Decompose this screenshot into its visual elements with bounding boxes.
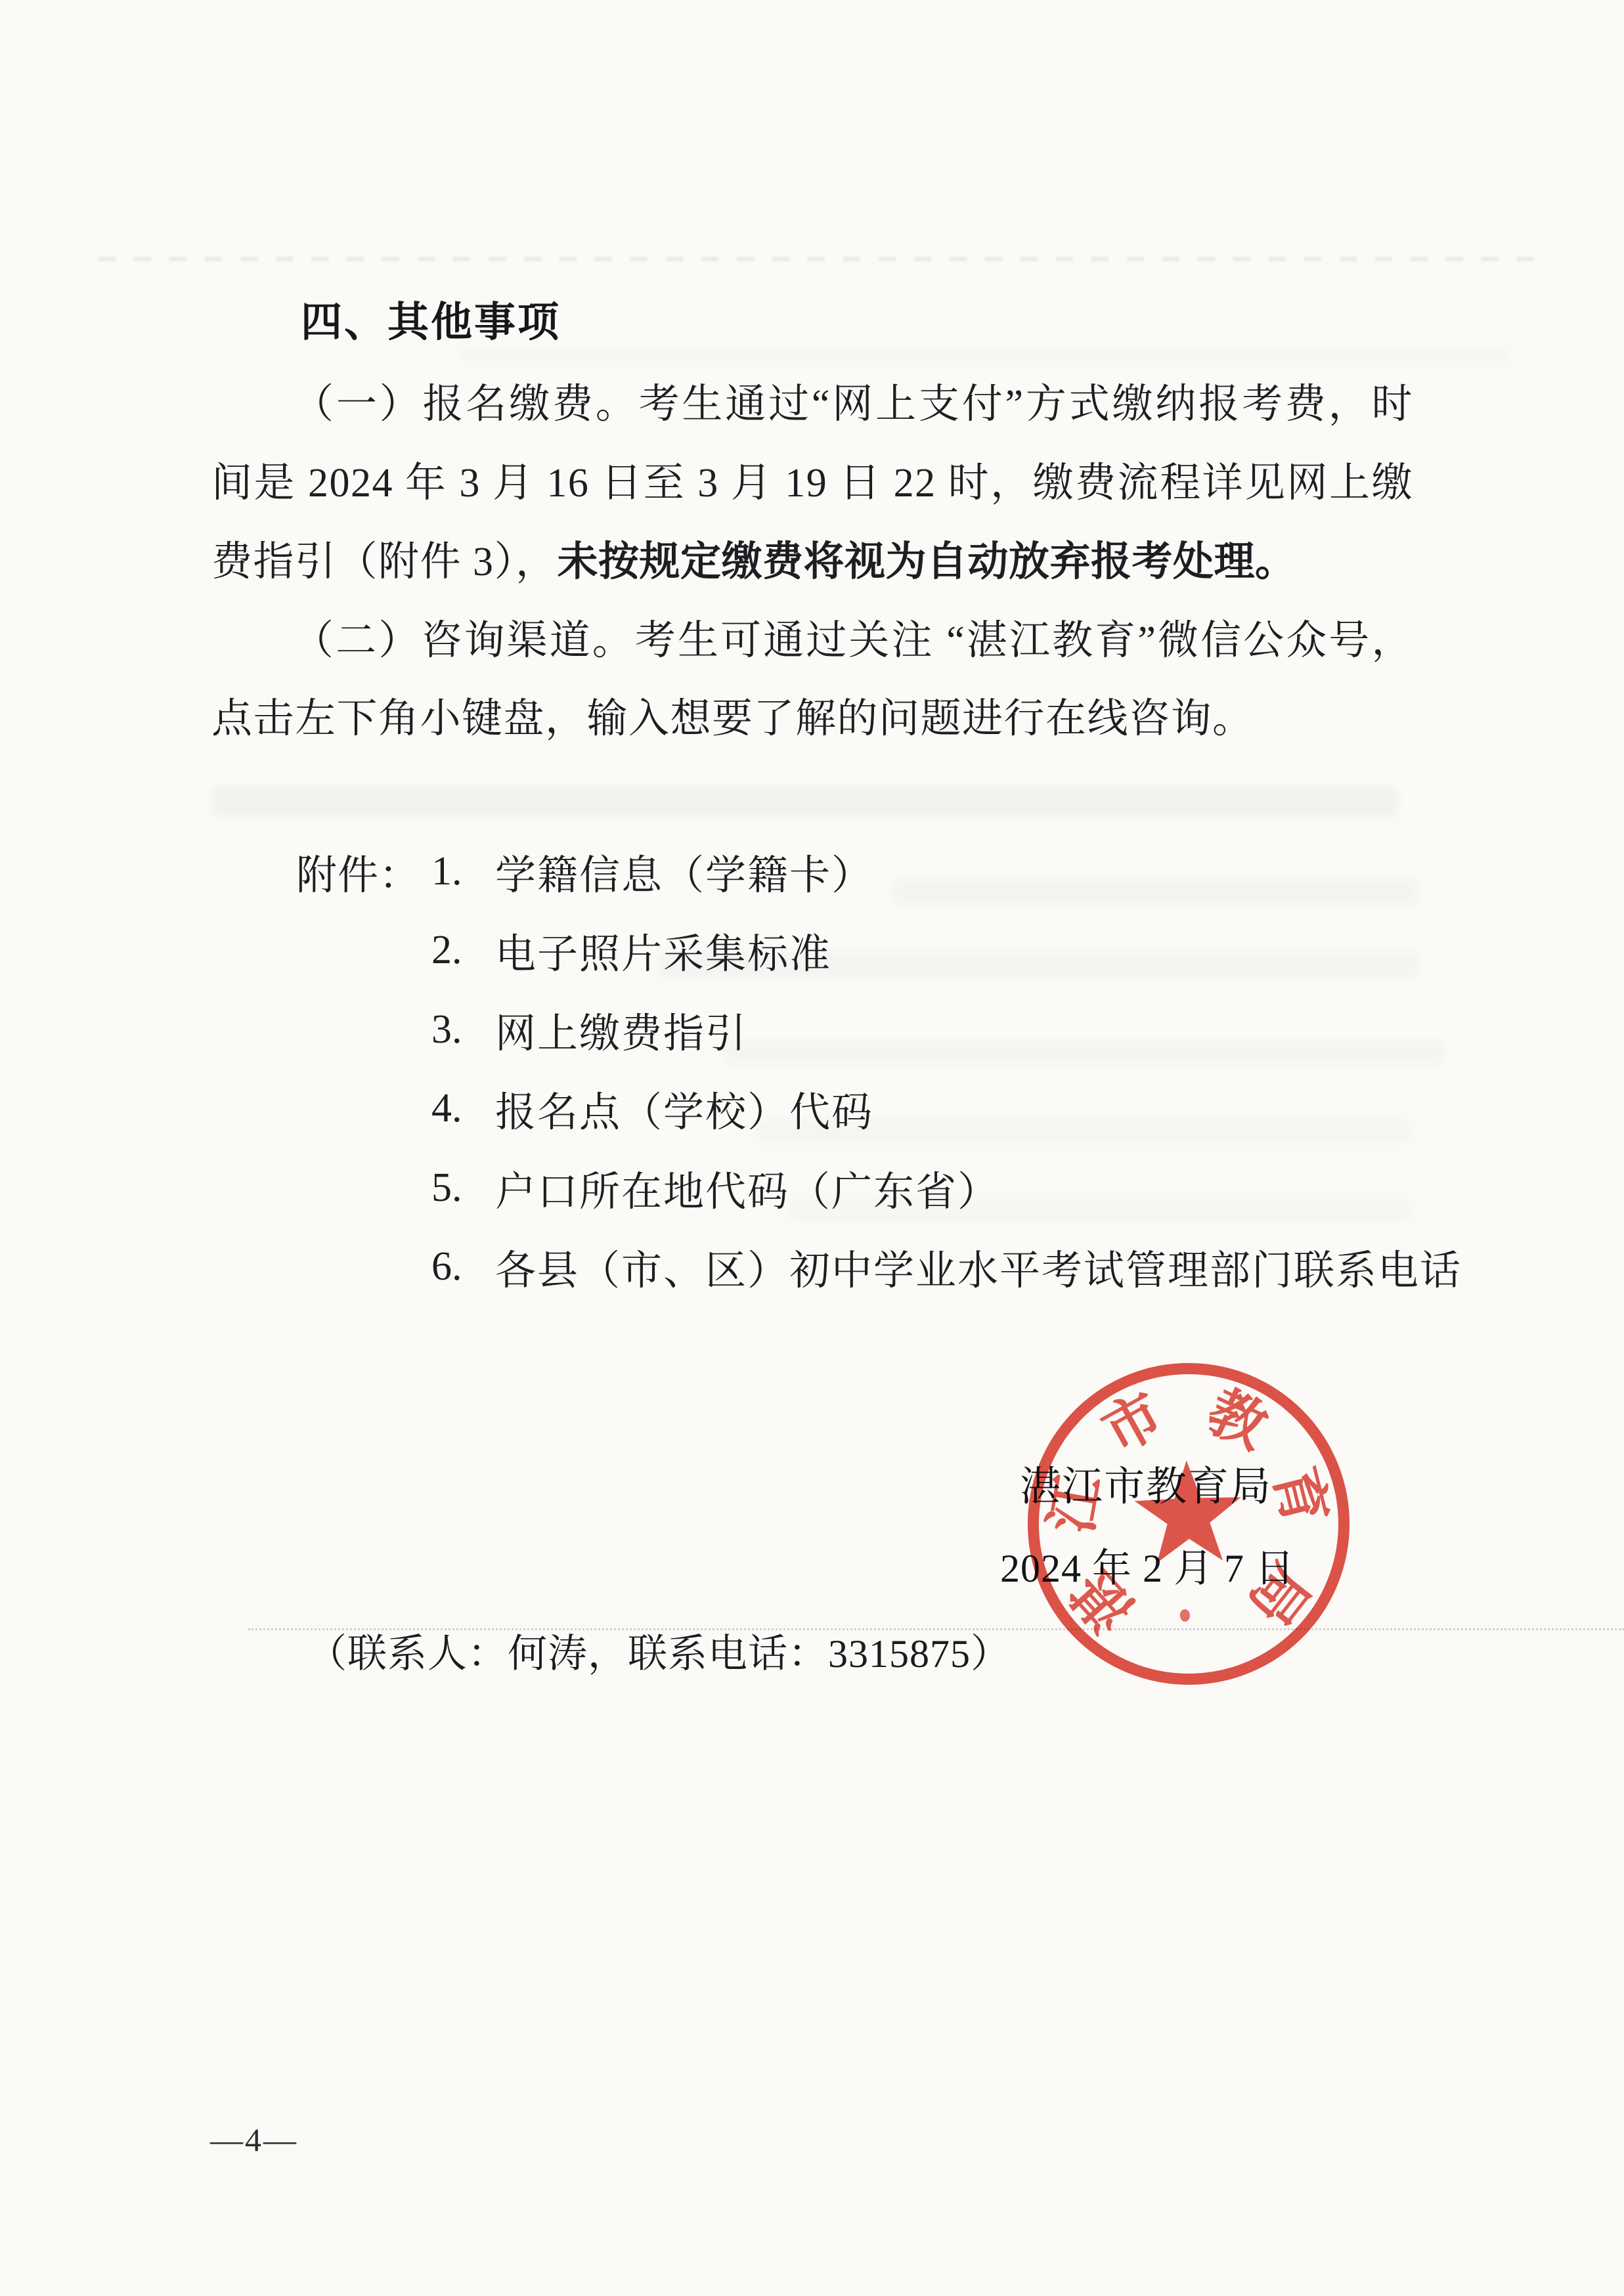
seal-star-icon — [1133, 1459, 1243, 1564]
document-page: 四、其他事项 （一）报名缴费。考生通过“网上支付”方式缴纳报考费，时间是 202… — [0, 0, 1624, 2296]
attachment-title: 电子照片采集标准 — [495, 921, 831, 980]
scan-artifact — [248, 1628, 1624, 1630]
paragraph-text: （二）咨询渠道。考生可通过关注 “湛江教育”微信公众号，点击左下角小键盘，输入想… — [211, 618, 1413, 742]
page-number: —4— — [210, 2123, 298, 2156]
paragraph-registration-payment: （一）报名缴费。考生通过“网上支付”方式缴纳报考费，时间是 2024 年 3 月… — [211, 366, 1413, 602]
attachment-item: 4. 报名点（学校）代码 — [296, 1070, 1462, 1149]
seal-ink-spot — [1180, 1609, 1191, 1622]
section-heading: 四、其他事项 — [301, 299, 561, 345]
attachment-title: 学籍信息（学籍卡） — [495, 842, 873, 901]
attachment-number: 4. — [431, 1085, 495, 1132]
attachment-title: 网上缴费指引 — [495, 1001, 747, 1059]
contact-info: （联系人：何涛，联系电话：3315875） — [307, 1634, 1011, 1674]
scan-artifact — [211, 787, 1397, 817]
attachment-number: 5. — [431, 1165, 495, 1211]
attachments-list: 附件： 1. 学籍信息（学籍卡） 2. 电子照片采集标准 3. 网上缴费指引 4… — [296, 832, 1462, 1307]
seal-char: 江 — [1039, 1470, 1112, 1538]
official-seal: 湛 江 市 教 育 局 — [1022, 1357, 1356, 1691]
attachment-item: 6. 各县（市、区）初中学业水平考试管理部门联系电话 — [296, 1228, 1462, 1307]
scan-artifact — [460, 346, 1510, 363]
attachment-title: 各县（市、区）初中学业水平考试管理部门联系电话 — [495, 1238, 1462, 1296]
paragraph-bold-text: 未按规定缴费将视为自动放弃报考处理。 — [558, 539, 1296, 584]
attachment-number: 2. — [431, 927, 495, 974]
attachment-number: 1. — [431, 848, 495, 895]
attachment-item: 附件： 1. 学籍信息（学籍卡） — [296, 832, 1462, 911]
body-paragraphs: （一）报名缴费。考生通过“网上支付”方式缴纳报考费，时间是 2024 年 3 月… — [211, 366, 1413, 759]
attachment-item: 5. 户口所在地代码（广东省） — [296, 1148, 1462, 1228]
attachments-label: 附件： — [296, 842, 431, 901]
paragraph-consultation-channel: （二）咨询渠道。考生可通过关注 “湛江教育”微信公众号，点击左下角小键盘，输入想… — [211, 602, 1413, 759]
attachment-item: 3. 网上缴费指引 — [296, 990, 1462, 1070]
attachment-title: 户口所在地代码（广东省） — [495, 1159, 999, 1217]
attachment-number: 6. — [431, 1244, 495, 1290]
seal-char: 育 — [1262, 1461, 1338, 1532]
attachment-item: 2. 电子照片采集标准 — [296, 911, 1462, 991]
attachment-title: 报名点（学校）代码 — [495, 1079, 873, 1138]
scan-artifact — [99, 257, 1543, 261]
attachment-number: 3. — [431, 1007, 495, 1053]
